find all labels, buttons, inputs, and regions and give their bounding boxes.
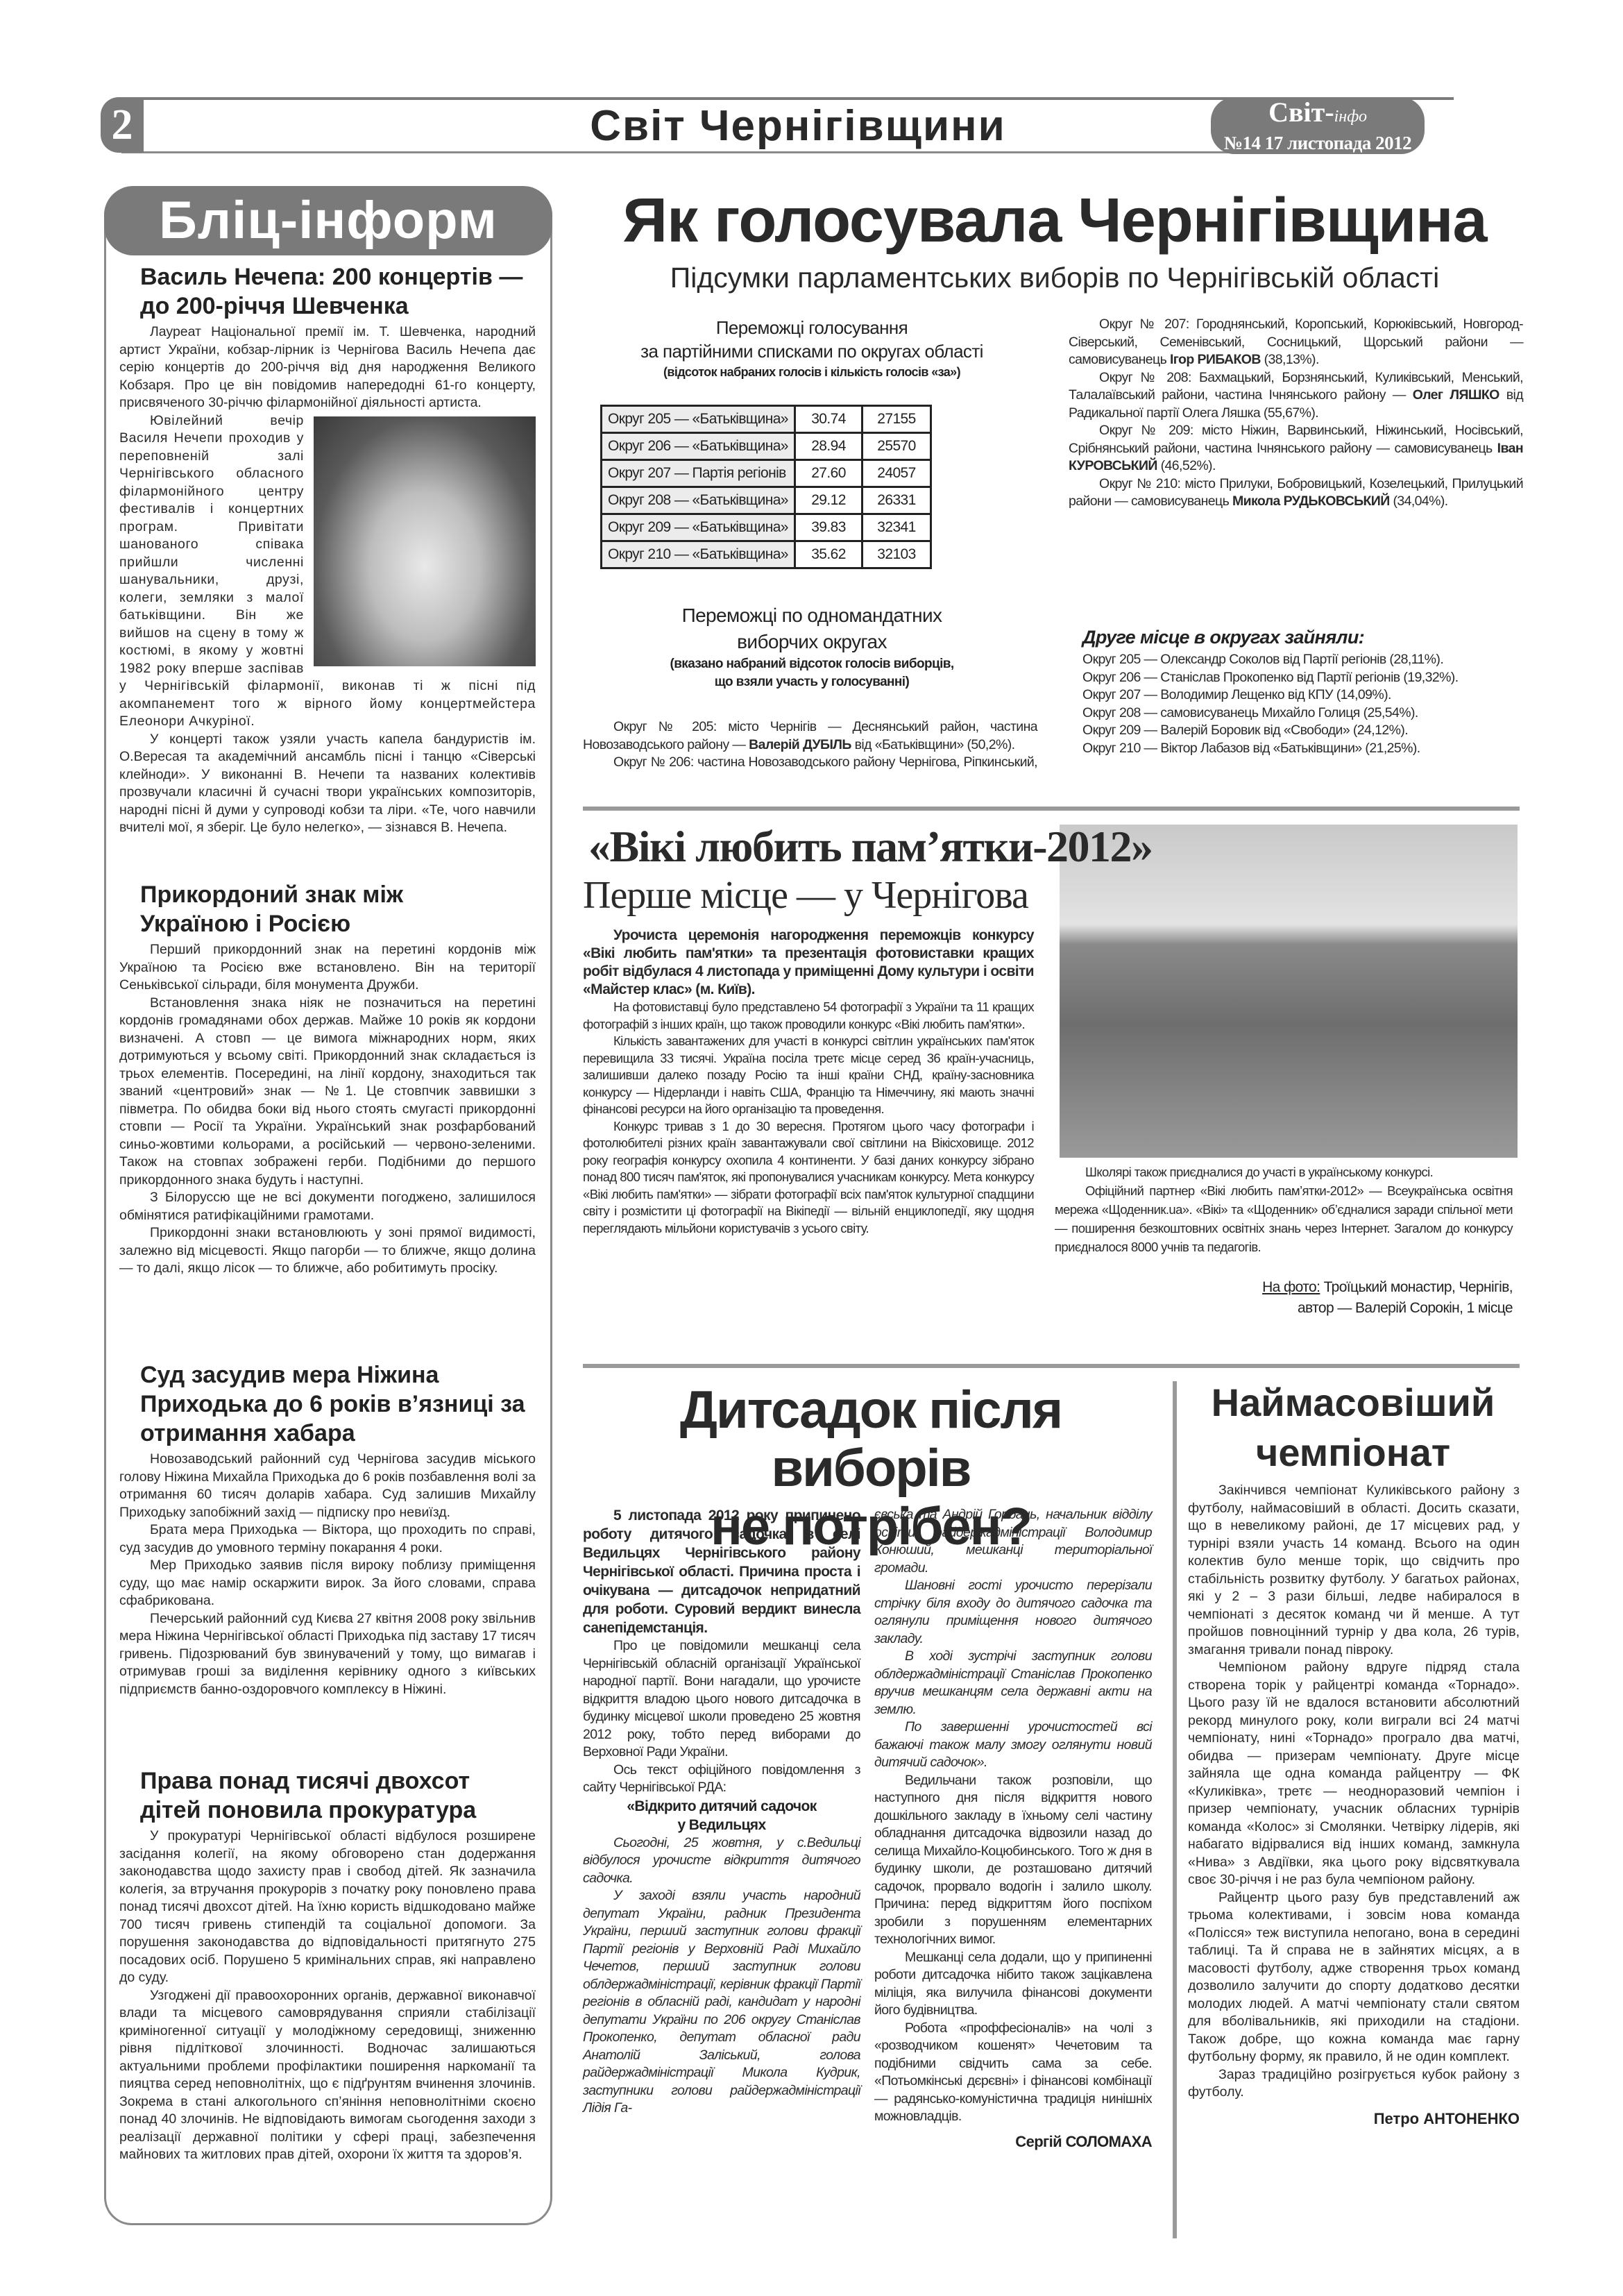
district-cell: Округ 207 — Партія регіонів (602, 460, 795, 487)
sidebar-article-3: Суд засудив мера Ніжина Приходька до 6 р… (119, 1360, 536, 1698)
article-paragraph: Ось текст офіційного повідомлення з сайт… (583, 1762, 860, 1797)
photo-caption-label: На фото: (1262, 1279, 1320, 1295)
percent-cell: 27.60 (795, 460, 863, 487)
table-row: Округ 208 — «Батьківщина»29.1226331 (602, 487, 931, 514)
votes-cell: 32341 (863, 514, 931, 541)
article-headline: Василь Нечепа: 200 концертів — до 200-рі… (140, 262, 536, 321)
article-paragraph: Новозаводський районний суд Чернігова за… (119, 1451, 536, 1521)
votes-cell: 32103 (863, 541, 931, 568)
percent-cell: 35.62 (795, 541, 863, 568)
heading-line: Переможці голосування (590, 316, 1034, 339)
table-row: Округ 207 — Партія регіонів27.6024057 (602, 460, 931, 487)
column-divider (1173, 1381, 1177, 2238)
heading-note: (вказано набраний відсоток голосів вибор… (590, 655, 1034, 673)
votes-cell: 25570 (863, 433, 931, 460)
article-paragraph: Офіційний партнер «Вікі любить пам’ятки-… (1055, 1181, 1513, 1256)
article-paragraph: Перший прикордонний знак на перетині кор… (119, 941, 536, 995)
kindergarten-col2: євська та Андрій Горбань, начальник відд… (874, 1506, 1152, 2154)
percent-cell: 39.83 (795, 514, 863, 541)
section-divider (583, 807, 1520, 811)
quote-paragraph: У заході взяли участь народний депутат У… (583, 1887, 860, 2118)
votes-cell: 26331 (863, 487, 931, 514)
second-place-item: Округ 208 — самовисуванець Михайло Голиц… (1082, 704, 1520, 723)
table-row: Округ 206 — «Батьківщина»28.9425570 (602, 433, 931, 460)
monastery-photo (1060, 825, 1518, 1158)
article-paragraph: Прикордонні знаки встановлюють у зоні пр… (119, 1224, 536, 1278)
photo-caption: На фото: Троїцький монастир, Чернігів, а… (1055, 1277, 1513, 1319)
party-results-table: Округ 205 — «Батьківщина»30.7427155 Окру… (600, 405, 932, 569)
article-paragraph: У концерті також узяли участь капела бан… (119, 731, 536, 837)
article-paragraph: Школярі також приєдналися до участі в ук… (1055, 1163, 1513, 1181)
district-cell: Округ 205 — «Батьківщина» (602, 406, 795, 433)
elections-subtitle: Підсумки парламентських виборів по Черні… (583, 260, 1527, 295)
article-author: Петро АНТОНЕНКО (1188, 2107, 1520, 2131)
article-paragraph: Райцентр цього разу був представлений аж… (1188, 1889, 1520, 2066)
sidebar-article-2: Прикордоний знак між Україною і Росією П… (119, 880, 536, 1278)
photo-caption-text: Троїцький монастир, Чернігів, (1320, 1279, 1513, 1295)
photo-caption-author: автор — Валерій Сорокін, 1 місце (1055, 1298, 1513, 1319)
article-paragraph: Узгоджені дії правоохоронних органів, де… (119, 1987, 536, 2164)
article-paragraph: Конкурс тривав з 1 до 30 вересня. Протяг… (583, 1118, 1034, 1238)
second-place-heading: Друге місце в округах зайняли: (1082, 623, 1520, 651)
percent-cell: 29.12 (795, 487, 863, 514)
second-place-item: Округ 210 — Віктор Лабазов від «Батьківщ… (1082, 740, 1520, 758)
table-row: Округ 210 — «Батьківщина»35.6232103 (602, 541, 931, 568)
article-paragraph: На фотовиставці було представлено 54 фот… (583, 999, 1034, 1033)
musician-photo (314, 416, 536, 666)
heading-note: що взяли участь у голосуванні) (590, 673, 1034, 691)
second-place-item: Округ 207 — Володимир Лещенко від КПУ (1… (1082, 686, 1520, 704)
sidebar-banner: Бліц-інформ (104, 186, 552, 255)
article-headline: Права понад тисячі двохсот дітей поновил… (140, 1766, 529, 1825)
heading-line: Переможці по одномандатних (590, 602, 1034, 629)
heading-note: (відсоток набраних голосів і кількість г… (590, 363, 1034, 381)
issue-date: №14 17 листопада 2012 року (1211, 132, 1425, 176)
headline-line: чемпіонат (1183, 1428, 1523, 1478)
article-headline: Суд засудив мера Ніжина Приходька до 6 р… (140, 1360, 529, 1448)
district-result: Округ № 207: Городнянський, Коропський, … (1069, 316, 1523, 369)
elections-headline: Як голосувала Чернігівщина (583, 186, 1527, 255)
article-paragraph: Лауреат Національної премії ім. Т. Шевче… (119, 323, 536, 412)
article-paragraph: Зараз традиційно розігрується кубок райо… (1188, 2066, 1520, 2102)
district-cell: Округ 206 — «Батьківщина» (602, 433, 795, 460)
second-place-box: Друге місце в округах зайняли: Округ 205… (1082, 623, 1520, 757)
article-paragraph: Чемпіоном району вдруге підряд стала ств… (1188, 1659, 1520, 1889)
football-body: Закінчився чемпіонат Куликівського район… (1188, 1482, 1520, 2131)
second-place-item: Округ 206 — Станіслав Прокопенко від Пар… (1082, 669, 1520, 687)
table-row: Округ 209 — «Батьківщина»39.8332341 (602, 514, 931, 541)
article-paragraph: Мешканці села додали, що у припиненні ро… (874, 1949, 1152, 2020)
wiki-lead: Урочиста церемонія нагородження переможц… (583, 927, 1034, 999)
winner-name: Валерій ДУБІЛЬ (749, 737, 851, 752)
quote-paragraph: Сьогодні, 25 жовтня, у с.Ведильці відбул… (583, 1834, 860, 1888)
newspaper-section-title: Світ Чернігівщини (486, 101, 1110, 151)
headline-line: Дитсадок після виборів (583, 1381, 1159, 1498)
votes-cell: 24057 (863, 460, 931, 487)
heading-line: виборчих округах (590, 629, 1034, 655)
article-paragraph: У прокуратурі Чернігівської області відб… (119, 1827, 536, 1987)
district-result: Округ № 208: Бахмацький, Борзнянський, К… (1069, 369, 1523, 423)
district-cell: Округ 210 — «Батьківщина» (602, 541, 795, 568)
article-paragraph: Встановлення знака ніяк не позначиться н… (119, 995, 536, 1190)
quote-paragraph: євська та Андрій Горбань, начальник відд… (874, 1506, 1152, 1577)
percent-cell: 30.74 (795, 406, 863, 433)
article-paragraph: Брата мера Приходька — Віктора, що прохо… (119, 1521, 536, 1557)
article-paragraph: Ведильчани також розповіли, що наступног… (874, 1772, 1152, 1949)
article-paragraph: Закінчився чемпіонат Куликівського район… (1188, 1482, 1520, 1659)
article-author: Сергій СОЛОМАХА (874, 2130, 1152, 2154)
second-place-item: Округ 209 — Валерій Боровик від «Свободи… (1082, 722, 1520, 740)
brand-logo: Світ-інфо (1211, 97, 1425, 132)
single-mandate-col2: Округ № 207: Городнянський, Коропський, … (1069, 316, 1523, 511)
district-cell: Округ 208 — «Батьківщина» (602, 487, 795, 514)
masthead-rule-bottom (121, 151, 1232, 153)
article-paragraph: Мер Приходько заявив після вироку поблиз… (119, 1557, 536, 1610)
quote-title: «Відкрито дитячий садочок у Ведильцях (583, 1797, 860, 1834)
heading-line: за партійними списками по округах област… (590, 339, 1034, 363)
kindergarten-lead: 5 листопада 2012 року припинено роботу д… (583, 1506, 860, 1637)
winner-name: Микола РУДЬКОВСЬКИЙ (1232, 493, 1390, 509)
quote-paragraph: По завершенні урочистостей всі бажаючі т… (874, 1719, 1152, 1772)
winner-name: Ігор РИБАКОВ (1170, 352, 1261, 367)
article-paragraph: Про це повідомили мешканці села Чернігів… (583, 1637, 860, 1762)
quote-title-line: «Відкрито дитячий садочок (583, 1797, 860, 1816)
district-result: Округ № 206: частина Новозаводського рай… (583, 754, 1037, 772)
table-row: Округ 205 — «Батьківщина»30.7427155 (602, 406, 931, 433)
article-headline: Прикордоний знак між Україною і Росією (140, 880, 445, 938)
issue-badge: Світ-інфо №14 17 листопада 2012 року (1211, 97, 1425, 154)
headline-line: Наймасовіший (1183, 1378, 1523, 1428)
football-headline: Наймасовіший чемпіонат (1183, 1378, 1523, 1478)
section-divider (583, 1364, 1520, 1368)
single-mandate-heading: Переможці по одномандатних виборчих окру… (590, 602, 1034, 691)
quote-title-line: у Ведильцях (583, 1816, 860, 1834)
article-paragraph: Печерський районний суд Києва 27 квітня … (119, 1610, 536, 1699)
district-cell: Округ 209 — «Батьківщина» (602, 514, 795, 541)
sidebar-article-4: Права понад тисячі двохсот дітей поновил… (119, 1766, 536, 2164)
wiki-article-body: Урочиста церемонія нагородження переможц… (583, 927, 1034, 1237)
votes-cell: 27155 (863, 406, 931, 433)
quote-paragraph: Шановні гості урочисто перерізали стрічк… (874, 1577, 1152, 1648)
single-mandate-col1: Округ № 205: місто Чернігів — Деснянськи… (583, 718, 1037, 772)
article-paragraph: З Білоруссю ще не всі документи погоджен… (119, 1189, 536, 1224)
winner-name: Олег ЛЯШКО (1413, 387, 1499, 403)
kindergarten-col1: 5 листопада 2012 року припинено роботу д… (583, 1506, 860, 2118)
district-result: Округ № 210: місто Прилуки, Бобровицький… (1069, 475, 1523, 511)
wiki-subheadline: Перше місце — у Чернігова (583, 873, 1055, 918)
wiki-right-body: Школярі також приєдналися до участі в ук… (1055, 1163, 1513, 1319)
article-paragraph: Кількість завантажених для участі в конк… (583, 1033, 1034, 1118)
percent-cell: 28.94 (795, 433, 863, 460)
page-number: 2 (101, 97, 144, 153)
district-result: Округ № 209: місто Ніжин, Варвинський, Н… (1069, 422, 1523, 475)
sidebar-article-1: Василь Нечепа: 200 концертів — до 200-рі… (119, 262, 536, 837)
quote-paragraph: В ході зустрічі заступник голови облдерж… (874, 1648, 1152, 1719)
second-place-item: Округ 205 — Олександр Соколов від Партії… (1082, 651, 1520, 669)
district-result: Округ № 205: місто Чернігів — Деснянськи… (583, 718, 1037, 754)
article-paragraph: Робота «проффесіоналів» на чолі з «розво… (874, 2020, 1152, 2126)
party-list-heading: Переможці голосування за партійними спис… (590, 316, 1034, 381)
wiki-headline: «Вікі любить пам’ятки-2012» (588, 822, 1213, 871)
